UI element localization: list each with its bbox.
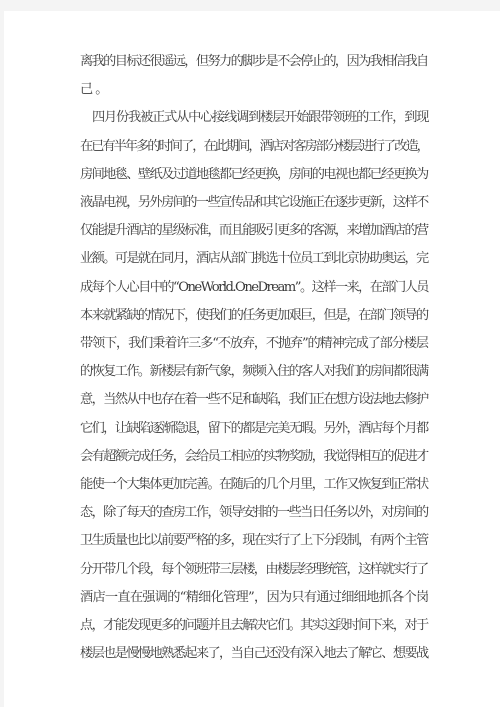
text-line: 本来就紧缺的情况下，使我们的任务更加艰巨，但是，在部门领导的 bbox=[80, 308, 428, 324]
text-line: 带领下，我们秉着许三多“不放弃，不抛弃”的精神完成了部分楼层 bbox=[80, 336, 428, 352]
text-line: 四月份我被正式从中心接线调到楼层开始跟带领班的工作，到现 bbox=[80, 110, 428, 126]
text-line: 成每个人心目中的“OneWorld.OneDream”。这样一来，在部门人员 bbox=[80, 280, 428, 296]
text-line: 点，才能发现更多的问题并且去解决它们。其实这段时间下来，对于 bbox=[80, 618, 428, 634]
text-line: 业额。可是就在同月，酒店从部门挑选十位员工到北京协助奥运，完 bbox=[80, 251, 428, 267]
text-line: 房间地毯、壁纸及过道地毯都已经更换，房间的电视也都已经更换为 bbox=[80, 167, 428, 183]
text-line: 它们，让缺陷逐渐隐退，留下的都是完美无暇。另外，酒店每个月都 bbox=[80, 421, 428, 437]
text-line: 楼层也是慢慢地熟悉起来了，当自己还没有深入地去了解它、想要战 bbox=[80, 646, 428, 662]
text-line: 液晶电视，另外房间的一些宣传品和其它设施正在逐步更新，这样不 bbox=[80, 195, 428, 211]
text-line: 能使一个大集体更加完善。在随后的几个月里，工作又恢复到正常状 bbox=[80, 477, 428, 493]
text-line: 意，当然从中也存在着一些不足和缺陷，我们正在想方设法地去修护 bbox=[80, 392, 428, 408]
text-line: 仅能提升酒店的星级标准，而且能吸引更多的客源，来增加酒店的营 bbox=[80, 223, 428, 239]
text-line: 离我的目标还很遥远，但努力的脚步是不会停止的，因为我相信我自 bbox=[80, 54, 428, 70]
text-line: 会有超额完成任务，会给员工相应的实物奖励，我觉得相互的促进才 bbox=[80, 449, 428, 465]
text-line: 在已有半年多的时间了，在此期间，酒店对客房部分楼层进行了改造， bbox=[80, 139, 428, 155]
text-line: 己。 bbox=[80, 82, 428, 98]
text-line: 酒店一直在强调的“精细化管理”，因为只有通过细细地抓各个岗 bbox=[80, 590, 428, 606]
text-line: 卫生质量也比以前要严格的多，现在实行了上下分段制，有两个主管 bbox=[80, 533, 428, 549]
document-page: 离我的目标还很遥远，但努力的脚步是不会停止的，因为我相信我自己。 四月份我被正式… bbox=[4, 11, 500, 707]
text-line: 分开带几个段，每个领班带三层楼，由楼层经理统管，这样就实行了 bbox=[80, 562, 428, 578]
text-line: 态，除了每天的查房工作，领导安排的一些当日任务以外，对房间的 bbox=[80, 505, 428, 521]
text-line: 的恢复工作。新楼层有新气象，频频入住的客人对我们的房间都很满 bbox=[80, 364, 428, 380]
